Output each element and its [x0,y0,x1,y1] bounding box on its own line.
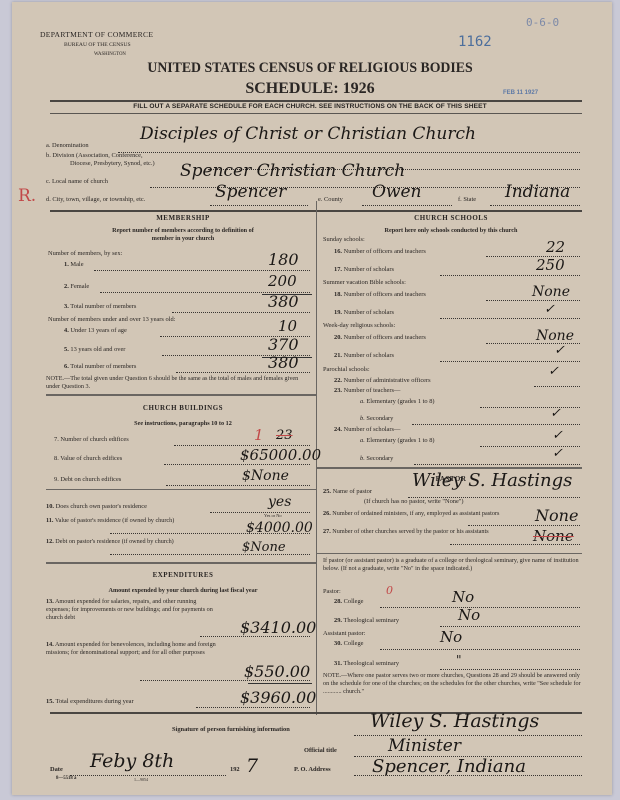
fill-out-instruction: FILL OUT A SEPARATE SCHEDULE FOR EACH CH… [0,103,620,110]
q22-label: 22. Number of administrative officers [334,377,431,384]
city-value[interactable]: Spencer [215,182,286,202]
weekday-schools-label: Week-day religious schools: [323,322,395,329]
membership-note: NOTE.—The total given under Question 6 s… [46,375,312,391]
schools-heading: CHURCH SCHOOLS [318,214,584,222]
q19-label: 19. Number of scholars [334,309,394,316]
q16-value[interactable]: 22 [546,238,565,256]
q3-line [172,312,310,313]
q20-value[interactable]: None [536,328,574,344]
q23a-line [480,407,580,408]
q15-line [196,707,310,708]
q13-label: 13. Amount expended for salaries, repair… [46,598,218,622]
q24a-value[interactable]: ✓ [552,428,563,443]
q18-label: 18. Number of officers and teachers [334,291,426,298]
age-group-label: Number of members under and over 13 year… [48,316,175,323]
q28-value[interactable]: No [452,588,474,606]
q10-value[interactable]: yes [268,494,291,510]
department-label: DEPARTMENT OF COMMERCE [40,30,153,39]
q17-value[interactable]: 250 [536,256,565,274]
q23b-line [412,424,580,425]
division-label-2: Diocese, Presbytery, Synod, etc.) [70,160,155,167]
pastor-divider [316,467,582,469]
q23b-value[interactable]: ✓ [550,406,561,421]
q26-label: 26. Number of ordained ministers, if any… [323,510,511,518]
q9-line [166,485,310,486]
q24b-value[interactable]: ✓ [552,446,563,461]
local-name-label: c. Local name of church [46,178,108,185]
q1-line [94,270,310,271]
q1-value[interactable]: 180 [268,250,299,269]
denomination-value[interactable]: Disciples of Christ or Christian Church [140,124,476,144]
q25-hint: (If church has no pastor, write "None") [364,498,464,505]
county-line [362,205,452,206]
pastor-education-label: Pastor: [323,588,341,595]
q24a-label: a. Elementary (grades 1 to 8) [360,437,435,444]
buildings-divider [46,394,316,396]
q8-line [164,464,310,465]
q24b-line [414,464,580,465]
local-name-value[interactable]: Spencer Christian Church [180,161,405,181]
q1-label: 1. Male [64,261,84,268]
q4-label: 4. Under 13 years of age [64,327,127,334]
po-address-label: P. O. Address [294,766,331,773]
assistant-pastor-label: Assistant pastor: [323,630,365,637]
q6-line [176,372,310,373]
q14-label: 14. Amount expended for benevolences, in… [46,641,218,657]
q8-value[interactable]: $65000.00 [240,446,321,464]
q29-label: 29. Theological seminary [334,617,399,624]
q4-value[interactable]: 10 [278,317,297,335]
q13-value[interactable]: $3410.00 [240,618,316,637]
q16-line [486,256,580,257]
city-label: WASHINGTON [94,52,126,57]
q5-value[interactable]: 370 [268,335,299,354]
q24a-line [480,446,580,447]
members-by-sex-label: Number of members, by sex: [48,250,122,257]
q31-label: 31. Theological seminary [334,660,399,667]
q10-label: 10. Does church own pastor's residence [46,503,147,510]
q9-label: 9. Debt on church edifices [54,476,121,483]
bureau-label: BUREAU OF THE CENSUS [64,42,131,48]
q18-line [486,300,580,301]
q12-label: 12. Debt on pastor's residence (if owned… [46,538,216,546]
q7-label: 7. Number of church edifices [54,436,129,443]
q27-value[interactable]: None [533,527,574,545]
q11-label: 11. Value of pastor's residence (if owne… [46,517,216,525]
denomination-label: a. Denomination [46,142,89,149]
official-title-label: Official title [304,747,337,754]
stamp-code: 0-6-0 [526,16,559,29]
q18-value[interactable]: None [532,284,570,300]
q7-struck-value: 23 [276,428,293,443]
stamp-number: 1162 [458,34,492,50]
q6-label: 6. Total number of members [64,363,136,370]
buildings-heading: CHURCH BUILDINGS [50,404,316,412]
q22-value[interactable]: ✓ [548,364,559,379]
q10-line [210,512,310,513]
graduate-divider [316,553,582,554]
state-line [490,205,580,206]
q15-value[interactable]: $3960.00 [240,688,316,707]
q26-value[interactable]: None [535,506,578,525]
buildings-sub: See instructions, paragraphs 10 to 12 [50,420,316,427]
q31-value[interactable]: " [456,653,462,667]
form-number: 8—5518 a [56,776,76,781]
q8-label: 8. Value of church edifices [54,455,122,462]
expenditures-divider [46,562,316,564]
county-label: e. County [318,196,343,203]
q14-value[interactable]: $550.00 [244,662,310,681]
q30-line [380,649,580,650]
margin-mark: R. [18,186,36,206]
q21-value[interactable]: ✓ [554,343,565,358]
official-title-value[interactable]: Minister [388,736,461,756]
q30-label: 30. College [334,640,364,647]
q5-label: 5. 13 years old and over [64,346,125,353]
q23-label: 23. Number of teachers— [334,387,400,394]
q28-label: 28. College [334,598,364,605]
membership-sub-2: member in your church [50,235,316,242]
q9-value[interactable]: $None [242,468,289,484]
division-label-1: b. Division (Association, Conference, [46,152,143,159]
red-circle-mark: 0 [386,584,393,597]
received-date-stamp: FEB 11 1927 [503,90,538,96]
sunday-schools-label: Sunday schools: [323,236,365,243]
header-rule-top [50,100,582,102]
q12-value[interactable]: $None [242,540,286,555]
summer-schools-label: Summer vacation Bible schools: [323,279,406,286]
q17-label: 17. Number of scholars [334,266,394,273]
date-value[interactable]: Feby 8th [90,750,174,772]
date-label: Date [50,766,63,773]
q3-value[interactable]: 380 [268,292,299,311]
q19-line [440,318,580,319]
residence-divider [46,489,316,490]
header-rule-bottom [50,113,582,114]
q27-label: 27. Number of other churches served by t… [323,528,511,536]
schools-sub: Report here only schools conducted by th… [318,227,584,234]
city-line [210,205,308,206]
q16-label: 16. Number of officers and teachers [334,248,426,255]
year-suffix-value[interactable]: 7 [246,755,258,777]
expenditures-heading: EXPENDITURES [50,571,316,579]
q15-sum-line [248,683,312,684]
county-value[interactable]: Owen [372,182,422,202]
q29-line [440,626,580,627]
q22-line [534,386,580,387]
denomination-line [118,152,580,153]
date-line [70,775,226,776]
po-address-value[interactable]: Spencer, Indiana [372,756,526,777]
q2-value[interactable]: 200 [268,272,297,290]
state-value[interactable]: Indiana [505,182,570,202]
membership-heading: MEMBERSHIP [50,214,316,222]
state-label: f. State [458,196,476,203]
year-prefix: 192 [230,766,240,773]
q19-value[interactable]: ✓ [544,302,555,317]
signature-value[interactable]: Wiley S. Hastings [370,710,539,732]
q23b-label: b. Secondary [360,415,393,422]
q15-label: 15. Total expenditures during year [46,698,134,705]
q25-value[interactable]: Wiley S. Hastings [412,470,572,491]
expenditures-sub: Amount expended by your church during la… [50,587,316,594]
q2-label: 2. Female [64,283,89,290]
q10-hint: Yes or No [264,513,282,518]
q20-label: 20. Number of officers and teachers [334,334,426,341]
print-code: 1—9054 [134,777,148,782]
city-label: d. City, town, village, or township, etc… [46,196,145,203]
q30-value[interactable]: No [440,628,462,646]
document-title: UNITED STATES CENSUS OF RELIGIOUS BODIES [25,60,595,77]
q23a-label: a. Elementary (grades 1 to 8) [360,398,435,405]
q24b-label: b. Secondary [360,455,393,462]
q6-value[interactable]: 380 [268,353,299,372]
graduate-note: If pastor (or assistant pastor) is a gra… [323,557,585,573]
q7-value[interactable]: 1 [254,426,264,444]
q29-value[interactable]: No [458,606,480,624]
q11-value[interactable]: $4000.00 [246,520,313,536]
q31-line [440,669,580,670]
q25-label: 25. Name of pastor [323,488,372,495]
q26-line [468,525,580,526]
q21-label: 21. Number of scholars [334,352,394,359]
q24-label: 24. Number of scholars— [334,426,400,433]
membership-sub-1: Report number of members according to de… [50,227,316,234]
q17-line [440,275,580,276]
q21-line [440,361,580,362]
parochial-schools-label: Parochial schools: [323,366,370,373]
pastor-note: NOTE.—Where one pastor serves two or mor… [323,672,585,696]
signature-label: Signature of person furnishing informati… [172,726,290,733]
q3-label: 3. Total number of members [64,303,136,310]
